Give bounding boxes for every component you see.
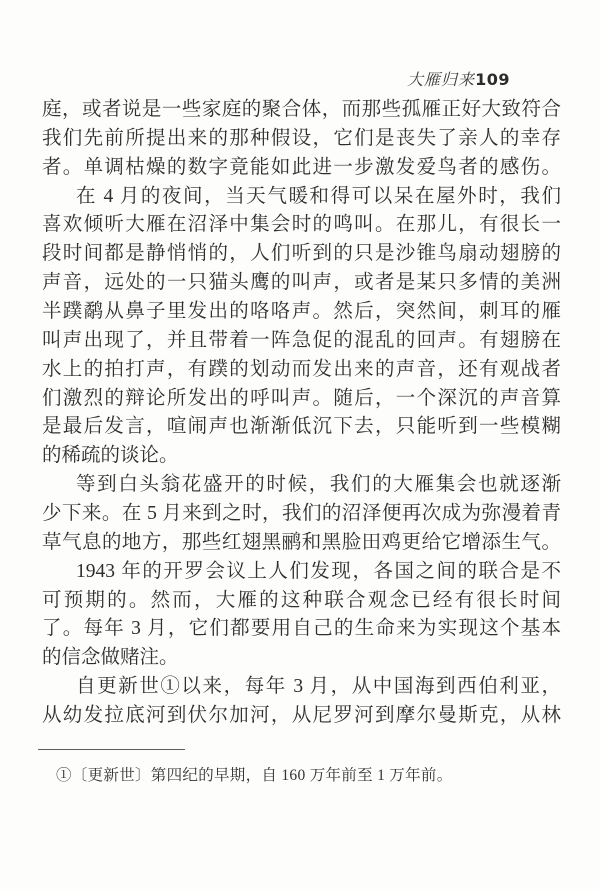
footnote-separator — [38, 749, 185, 750]
running-head: 大雁归来 109 — [407, 67, 510, 90]
text-line: 的信念做赌注。 — [42, 644, 561, 673]
text-line: 我们先前所提出来的那种假设，它们是丧失了亲人的幸存 — [42, 125, 561, 154]
text-line: 水上的拍打声，有蹼的划动而发出来的声音，还有观战者 — [42, 356, 561, 385]
text-line: 是最后发言，喧闹声也渐渐低沉下去，只能听到一些模糊 — [42, 413, 561, 442]
body-text-column: 庭，或者说是一些家庭的聚合体，而那些孤雁正好大致符合 我们先前所提出来的那种假设… — [42, 96, 561, 731]
text-line: 从幼发拉底河到伏尔加河，从尼罗河到摩尔曼斯克，从林 — [42, 702, 561, 731]
text-line: 自更新世①以来，每年 3 月，从中国海到西伯利亚， — [42, 673, 561, 702]
footnote: ①〔更新世〕第四纪的早期，自 160 万年前至 1 万年前。 — [56, 765, 556, 787]
textbook-page: 大雁归来 109 庭，或者说是一些家庭的聚合体，而那些孤雁正好大致符合 我们先前… — [0, 0, 600, 889]
text-line: 半蹼鹬从鼻子里发出的咯咯声。然后，突然间，刺耳的雁 — [42, 298, 561, 327]
text-line: 者。单调枯燥的数字竟能如此进一步激发爱鸟者的感伤。 — [42, 154, 561, 183]
text-line: 喜欢倾听大雁在沼泽中集会时的鸣叫。在那儿，有很长一 — [42, 211, 561, 240]
text-line: 少下来。在 5 月来到之时，我们的沼泽便再次成为弥漫着青 — [42, 500, 561, 529]
text-line: 段时间都是静悄悄的，人们听到的只是沙锥鸟扇动翅膀的 — [42, 240, 561, 269]
text-line: 在 4 月的夜间，当天气暖和得可以呆在屋外时，我们 — [42, 183, 561, 212]
text-line: 可预期的。然而，大雁的这种联合观念已经有很长时间 — [42, 587, 561, 616]
text-line: 们激烈的辩论所发出的呼叫声。随后，一个深沉的声音算 — [42, 385, 561, 414]
chapter-title: 大雁归来 — [407, 67, 475, 90]
text-line: 庭，或者说是一些家庭的聚合体，而那些孤雁正好大致符合 — [42, 96, 561, 125]
text-line: 声音，远处的一只猫头鹰的叫声，或者是某只多情的美洲 — [42, 269, 561, 298]
text-line: 的稀疏的谈论。 — [42, 442, 561, 471]
text-line: 草气息的地方，那些红翅黑鹂和黑脸田鸡更给它增添生气。 — [42, 529, 561, 558]
text-line: 1943 年的开罗会议上人们发现，各国之间的联合是不 — [42, 558, 561, 587]
text-line: 叫声出现了，并且带着一阵急促的混乱的回声。有翅膀在 — [42, 327, 561, 356]
page-number: 109 — [475, 70, 510, 89]
text-line: 了。每年 3 月，它们都要用自己的生命来为实现这个基本 — [42, 615, 561, 644]
text-line: 等到白头翁花盛开的时候，我们的大雁集会也就逐渐 — [42, 471, 561, 500]
